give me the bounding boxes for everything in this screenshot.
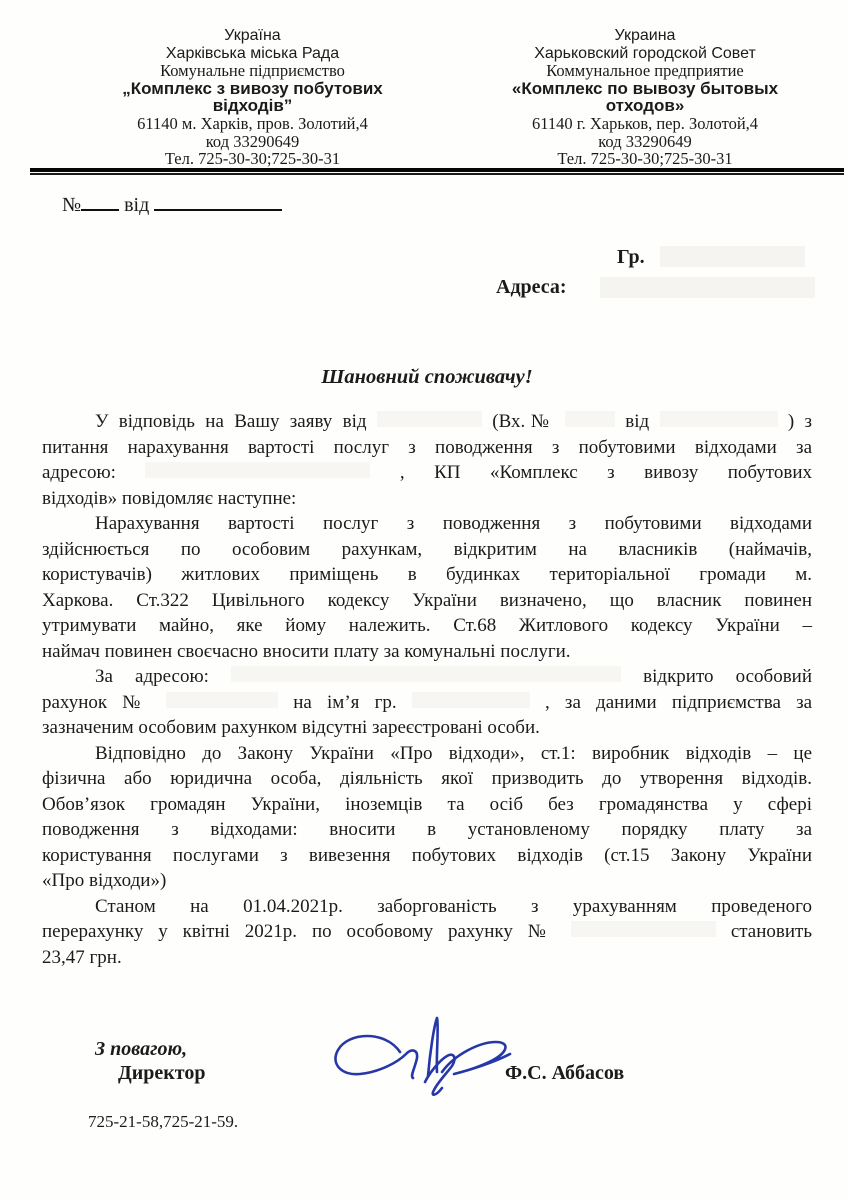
- redacted-blank: [231, 666, 621, 682]
- date-label: від: [124, 194, 149, 216]
- body-line: «Про відходи»): [42, 868, 812, 894]
- org-code: код 33290649: [450, 133, 840, 151]
- salutation: Шановний споживачу!: [42, 366, 812, 389]
- address-label: Адреса:: [496, 276, 567, 299]
- redacted-blank: [377, 411, 482, 427]
- body-line: Станом на 01.04.2021р. заборгованість з …: [42, 894, 812, 920]
- body-line: Нарахування вартості послуг з поводження…: [42, 511, 812, 537]
- body-line: користування послугами з вивезення побут…: [42, 843, 812, 869]
- redacted-citizen-name: [660, 246, 805, 267]
- body-line: питання нарахування вартості послуг з по…: [42, 435, 812, 461]
- org-name-line1: «Комплекс по вывозу бытовых: [450, 80, 840, 98]
- redacted-blank: [660, 411, 778, 427]
- letterhead-russian: Украина Харьковский городской Совет Комм…: [450, 27, 840, 168]
- body-line: відходів» повідомляє наступне:: [42, 486, 812, 512]
- redacted-blank: [166, 692, 278, 708]
- org-name-line1: „Комплекс з вивозу побутових: [55, 80, 450, 98]
- org-name-line2: отходов»: [450, 97, 840, 115]
- body-line: перерахунку у квітні 2021р. по особовому…: [42, 919, 812, 945]
- body-line: поводження з відходами: вносити в устано…: [42, 817, 812, 843]
- body-line: Обов’язок громадян України, іноземців та…: [42, 792, 812, 818]
- body-line: У відповідь на Вашу заяву від (Вх.№ від …: [42, 409, 812, 435]
- body-paragraphs: У відповідь на Вашу заяву від (Вх.№ від …: [42, 409, 812, 970]
- redacted-citizen-address: [600, 277, 815, 298]
- council-name: Харьковский городской Совет: [450, 45, 840, 63]
- body-line: зазначеним особовим рахунком відсутні за…: [42, 715, 812, 741]
- org-type: Комунальне підприємство: [55, 62, 450, 80]
- closing-regards: З повагою,: [95, 1038, 187, 1061]
- org-code: код 33290649: [55, 133, 450, 151]
- country-name: Украина: [450, 27, 840, 45]
- body-line: Харкова. Ст.322 Цивільного кодексу Украї…: [42, 588, 812, 614]
- body-line: 23,47 грн.: [42, 945, 812, 971]
- redacted-blank: [145, 462, 370, 478]
- body-line: рахунок № на ім’я гр. , за даними підпри…: [42, 690, 812, 716]
- body-line: Відповідно до Закону України «Про відход…: [42, 741, 812, 767]
- number-sign-label: №: [62, 194, 81, 216]
- signer-title: Директор: [118, 1062, 206, 1085]
- handwritten-signature: [330, 1012, 515, 1100]
- org-type: Коммунальное предприятие: [450, 62, 840, 80]
- council-name: Харківська міська Рада: [55, 45, 450, 63]
- org-address: 61140 м. Харків, пров. Золотий,4: [55, 115, 450, 133]
- body-line: наймач повинен своєчасно вносити плату з…: [42, 639, 812, 665]
- body-line: користувачів) житлових приміщень в будин…: [42, 562, 812, 588]
- redacted-blank: [565, 411, 615, 427]
- letterhead-ukrainian: Україна Харківська міська Рада Комунальн…: [55, 27, 450, 168]
- body-line: За адресою: відкрито особовий: [42, 664, 812, 690]
- date-blank-underline: [154, 195, 282, 211]
- number-blank-underline: [81, 195, 119, 211]
- reference-number-line: № від: [62, 194, 282, 217]
- letter-page: Україна Харківська міська Рада Комунальн…: [0, 0, 848, 1200]
- country-name: Україна: [55, 27, 450, 45]
- body-line: утримувати майно, яке йому належить. Ст.…: [42, 613, 812, 639]
- body-line: здійснюється по особовим рахункам, відкр…: [42, 537, 812, 563]
- citizen-label: Гр.: [617, 246, 645, 269]
- letterhead-divider-rule: [30, 168, 844, 175]
- redacted-blank: [571, 921, 716, 937]
- org-address: 61140 г. Харьков, пер. Золотой,4: [450, 115, 840, 133]
- org-phone: Тел. 725-30-30;725-30-31: [55, 150, 450, 168]
- body-line: фізична або юридична особа, діяльність я…: [42, 766, 812, 792]
- org-name-line2: відходів”: [55, 97, 450, 115]
- redacted-blank: [412, 692, 530, 708]
- footer-phones: 725-21-58,725-21-59.: [88, 1112, 238, 1132]
- body-line: адресою: , КП «Комплекс з вивозу побутов…: [42, 460, 812, 486]
- signer-name: Ф.С. Аббасов: [505, 1062, 624, 1085]
- org-phone: Тел. 725-30-30;725-30-31: [450, 150, 840, 168]
